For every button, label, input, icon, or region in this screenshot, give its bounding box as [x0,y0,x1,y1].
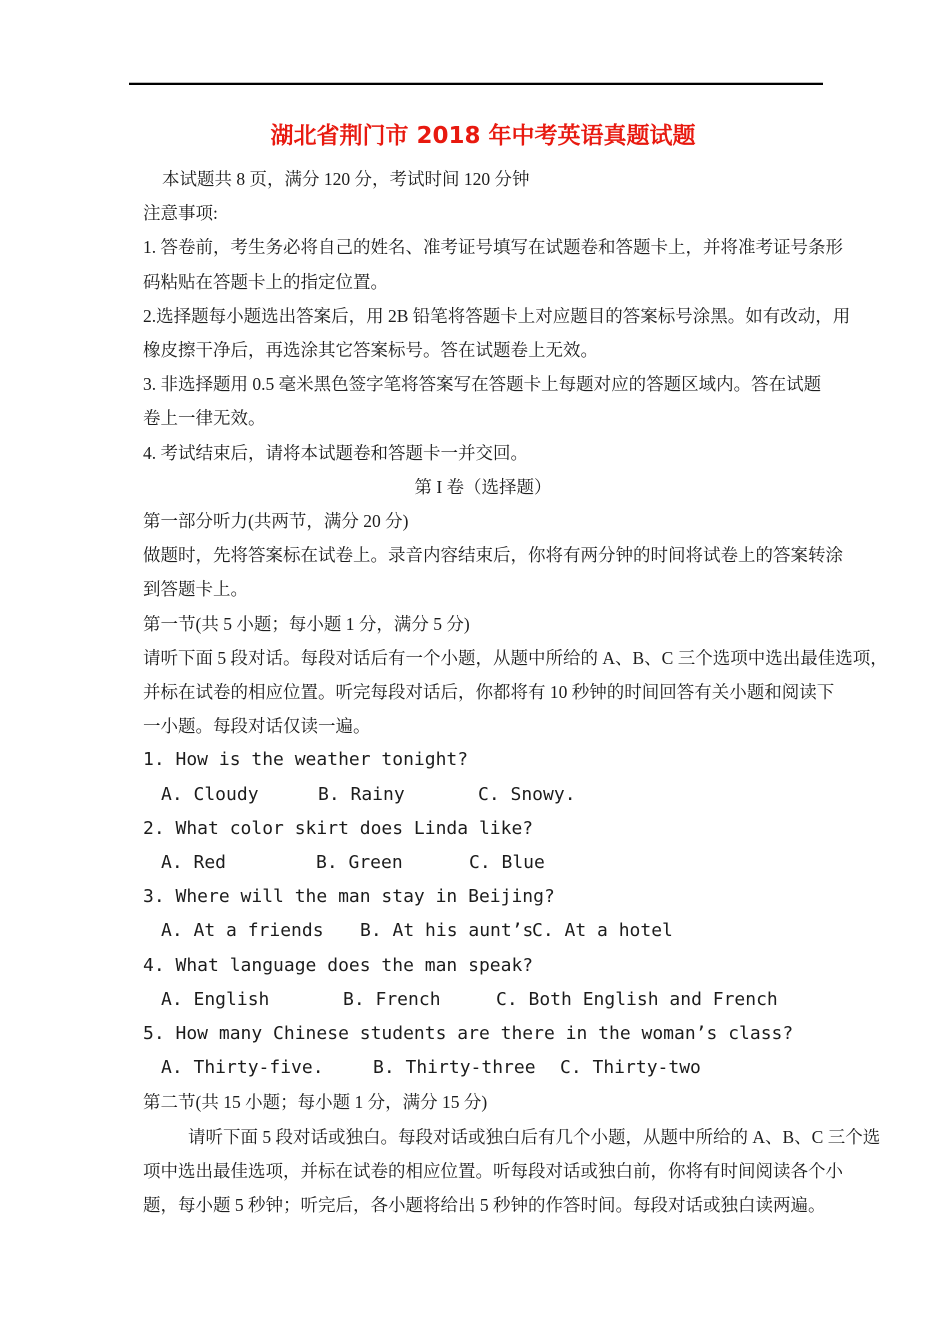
notice-item-2-line-2: 橡皮擦干净后，再选涂其它答案标号。答在试题卷上无效。 [143,333,823,367]
section1-intro-line-3: 一小题。每段对话仅读一遍。 [143,709,823,743]
option-b: B. At his aunt’s [360,914,532,948]
option-a: A. Red [161,846,316,880]
question-2: 2. What color skirt does Linda like? [143,812,823,846]
option-c: C. Both English and French [496,983,778,1017]
question-1: 1. How is the weather tonight? [143,743,823,777]
exam-paper-page: 湖北省荆门市 2018 年中考英语真题试题 本试题共 8 页，满分 120 分，… [0,0,950,1344]
notice-item-4: 4. 考试结束后，请将本试题卷和答题卡一并交回。 [143,436,823,470]
notice-item-1-line-2: 码粘贴在答题卡上的指定位置。 [143,265,823,299]
part1-intro-line-1: 做题时，先将答案标在试卷上。录音内容结束后，你将有两分钟的时间将试卷上的答案转涂 [143,538,823,572]
option-c: C. Snowy. [478,778,576,812]
section2-intro-line-1: 请听下面 5 段对话或独白。每段对话或独白后有几个小题，从题中所给的 A、B、C… [143,1120,823,1154]
option-b: B. French [343,983,496,1017]
option-c: C. Thirty-two [560,1051,701,1085]
notice-item-3-line-2: 卷上一律无效。 [143,401,823,435]
option-c: C. At a hotel [532,914,673,948]
section2-intro-line-2: 项中选出最佳选项，并标在试卷的相应位置。听每段对话或独白前，你将有时间阅读各个小 [143,1154,823,1188]
question-2-options: A. RedB. GreenC. Blue [143,846,823,880]
section2-heading: 第二节(共 15 小题；每小题 1 分，满分 15 分) [143,1085,823,1119]
notice-item-2-line-1: 2.选择题每小题选出答案后，用 2B 铅笔将答题卡上对应题目的答案标号涂黑。如有… [143,299,823,333]
section1-intro-line-1: 请听下面 5 段对话。每段对话后有一个小题，从题中所给的 A、B、C 三个选项中… [143,641,823,675]
option-c: C. Blue [469,846,545,880]
volume-heading: 第 I 卷（选择题） [143,470,823,504]
page-title: 湖北省荆门市 2018 年中考英语真题试题 [143,118,823,154]
option-a: A. English [161,983,343,1017]
section1-heading: 第一节(共 5 小题；每小题 1 分，满分 5 分) [143,607,823,641]
question-3-options: A. At a friendsB. At his aunt’sC. At a h… [143,914,823,948]
question-1-options: A. CloudyB. RainyC. Snowy. [143,778,823,812]
notice-item-3-line-1: 3. 非选择题用 0.5 毫米黑色签字笔将答案写在答题卡上每题对应的答题区域内。… [143,367,823,401]
question-3: 3. Where will the man stay in Beijing? [143,880,823,914]
header-rule [129,82,823,85]
option-b: B. Green [316,846,469,880]
option-b: B. Rainy [318,778,478,812]
option-a: A. At a friends [161,914,360,948]
notice-item-1-line-1: 1. 答卷前，考生务必将自己的姓名、准考证号填写在试题卷和答题卡上，并将准考证号… [143,230,823,264]
section2-intro-line-3: 题，每小题 5 秒钟；听完后，各小题将给出 5 秒钟的作答时间。每段对话或独白读… [143,1188,823,1222]
option-a: A. Thirty-five. [161,1051,373,1085]
question-5: 5. How many Chinese students are there i… [143,1017,823,1051]
part1-heading: 第一部分听力(共两节，满分 20 分) [143,504,823,538]
page-content: 湖北省荆门市 2018 年中考英语真题试题 本试题共 8 页，满分 120 分，… [0,0,950,1222]
notice-heading: 注意事项: [143,196,823,230]
question-4: 4. What language does the man speak? [143,949,823,983]
question-5-options: A. Thirty-five.B. Thirty-threeC. Thirty-… [143,1051,823,1085]
question-4-options: A. EnglishB. FrenchC. Both English and F… [143,983,823,1017]
option-b: B. Thirty-three [373,1051,560,1085]
exam-meta-line: 本试题共 8 页，满分 120 分，考试时间 120 分钟 [143,162,823,196]
option-a: A. Cloudy [161,778,318,812]
part1-intro-line-2: 到答题卡上。 [143,572,823,606]
section1-intro-line-2: 并标在试卷的相应位置。听完每段对话后，你都将有 10 秒钟的时间回答有关小题和阅… [143,675,823,709]
